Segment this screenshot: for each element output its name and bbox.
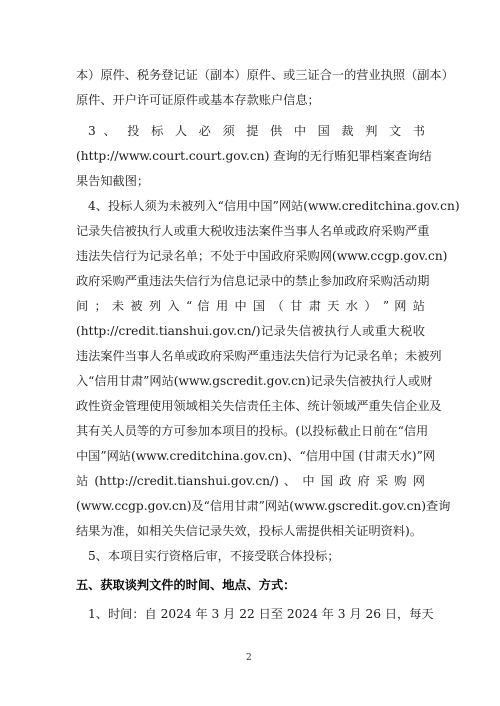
paragraph-line: 站 (http://credit.tianshui.gov.cn/) 、 中 国… bbox=[76, 472, 425, 490]
paragraph-line: 记录失信被执行人或重大税收违法案件当事人名单或政府采购严重 bbox=[76, 222, 425, 240]
item-4-line: 4、投标人须为未被列入“信用中国”网站(www.creditchina.gov.… bbox=[88, 197, 425, 215]
paragraph-line: 中国”网站(www.creditchina.gov.cn)、“信用中国 (甘肃天… bbox=[76, 447, 425, 465]
paragraph-line: 政性资金管理使用领域相关失信责任主体、统计领域严重失信企业及 bbox=[76, 397, 425, 415]
paragraph-line: 违法失信行为记录名单；不处于中国政府采购网(www.ccgp.gov.cn) bbox=[76, 247, 425, 265]
page-number: 2 bbox=[246, 653, 252, 663]
paragraph-line: 本）原件、税务登记证（副本）原件、或三证合一的营业执照（副本） bbox=[76, 66, 425, 84]
paragraph-line: (http://credit.tianshui.gov.cn/)记录失信被执行人… bbox=[76, 322, 425, 340]
item-1-line: 1、时间：自 2024 年 3 月 22 日至 2024 年 3 月 26 日，… bbox=[88, 605, 425, 623]
paragraph-line: 果告知截图； bbox=[76, 172, 425, 190]
paragraph-line: 结果为准，如相关失信记录失效，投标人需提供相关证明资料)。 bbox=[76, 522, 425, 540]
paragraph-line: (http://www.court.court.gov.cn) 查询的无行贿犯罪… bbox=[76, 147, 425, 165]
paragraph-line: 政府采购严重违法失信行为信息记录中的禁止参加政府采购活动期 bbox=[76, 272, 425, 290]
section-heading: 五、获取谈判文件的时间、地点、方式： bbox=[76, 576, 425, 594]
item-5-line: 5、本项目实行资格后审，不接受联合体投标； bbox=[88, 547, 425, 565]
paragraph-line: 其有关人员等的方可参加本项目的投标。(以投标截止日前在“信用 bbox=[76, 422, 425, 440]
paragraph-line: 违法案件当事人名单或政府采购严重违法失信行为记录名单；未被列 bbox=[76, 347, 425, 365]
paragraph-line: (www.ccgp.gov.cn)及“信用甘肃”网站(www.gscredit.… bbox=[76, 497, 425, 515]
paragraph-line: 入“信用甘肃”网站(www.gscredit.gov.cn)记录失信被执行人或财 bbox=[76, 372, 425, 390]
paragraph-line: 原件、开户许可证原件或基本存款账户信息； bbox=[76, 91, 425, 109]
item-3-line: 3 、 投 标 人 必 须 提 供 中 国 裁 判 文 书 bbox=[88, 122, 425, 140]
paragraph-line: 间 ； 未 被 列 入 “ 信 用 中 国 （ 甘 肃 天 水 ） ” 网 站 bbox=[76, 297, 425, 315]
document-page: 本）原件、税务登记证（副本）原件、或三证合一的营业执照（副本） 原件、开户许可证… bbox=[0, 0, 500, 706]
